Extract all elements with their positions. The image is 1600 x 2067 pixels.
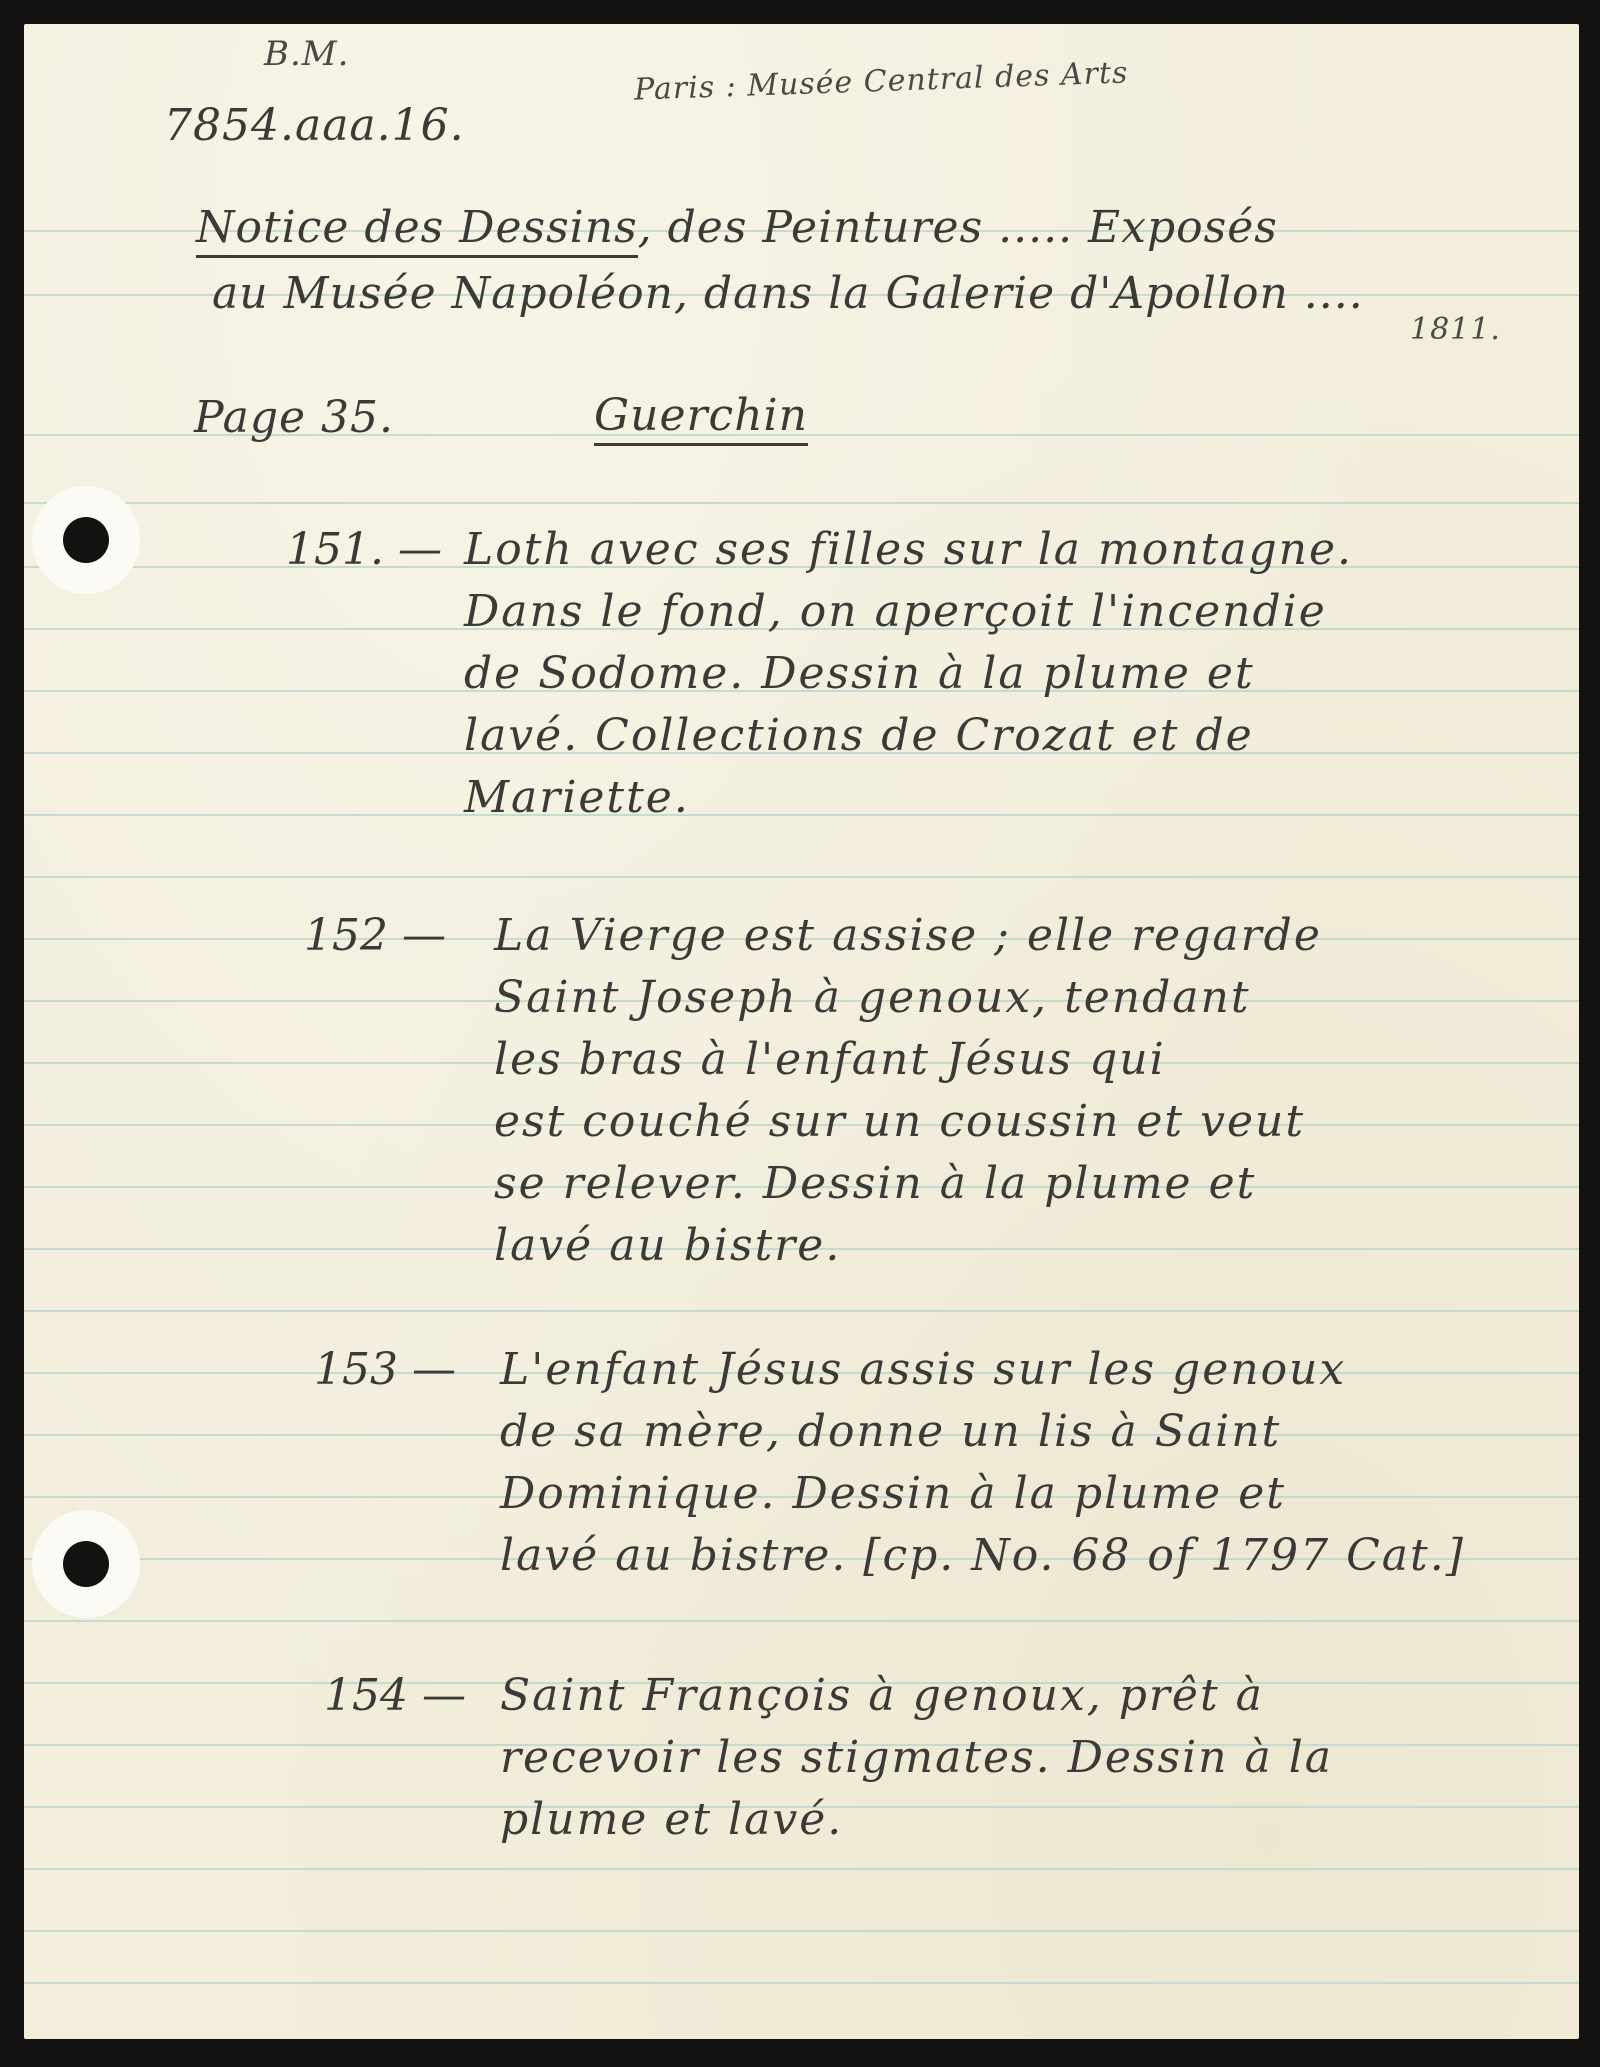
rule-line [24, 876, 1579, 878]
title-line2: au Musée Napoléon, dans la Galerie d'Apo… [212, 268, 1364, 319]
imprint: Paris : Musée Central des Arts [634, 55, 1129, 107]
punch-hole-top [32, 486, 140, 594]
shelfmark-line2: 7854.aaa.16. [164, 100, 465, 151]
entry-line: plume et lavé. [500, 1794, 843, 1845]
rule-line [24, 1310, 1579, 1312]
punch-hole-icon [63, 1541, 109, 1587]
entry-line: lavé. Collections de Crozat et de [464, 710, 1254, 761]
entry-line: Dans le fond, on aperçoit l'incendie [464, 586, 1327, 637]
entry-line: lavé au bistre. [cp. No. 68 of 1797 Cat.… [500, 1530, 1465, 1581]
title-year: 1811. [1410, 312, 1501, 347]
title-underlined: Notice des Dessins [196, 202, 638, 258]
entry-line: de sa mère, donne un lis à Saint [500, 1406, 1281, 1457]
entry-line: se relever. Dessin à la plume et [494, 1158, 1256, 1209]
rule-line [24, 1620, 1579, 1622]
punch-hole-icon [63, 517, 109, 563]
rule-line [24, 1930, 1579, 1932]
entry-line: recevoir les stigmates. Dessin à la [500, 1732, 1333, 1783]
entry-number: 153 — [314, 1344, 456, 1395]
shelfmark-line1: B.M. [264, 34, 349, 74]
entry-line: Loth avec ses filles sur la montagne. [464, 524, 1353, 575]
entry-line: La Vierge est assise ; elle regarde [494, 910, 1322, 961]
title-line1: Notice des Dessins, des Peintures ..... … [196, 202, 1278, 253]
rule-line [24, 502, 1579, 504]
entry-line: Saint Joseph à genoux, tendant [494, 972, 1251, 1023]
title-line1-rest: , des Peintures ..... Exposés [638, 202, 1278, 253]
entry-number: 152 — [304, 910, 446, 961]
entry-line: les bras à l'enfant Jésus qui [494, 1034, 1166, 1085]
rule-line [24, 814, 1579, 816]
punch-hole-bottom [32, 1510, 140, 1618]
entry-line: Mariette. [464, 772, 690, 823]
entry-line: L'enfant Jésus assis sur les genoux [500, 1344, 1346, 1395]
entry-line: lavé au bistre. [494, 1220, 841, 1271]
rule-line [24, 1982, 1579, 1984]
entry-line: est couché sur un coussin et veut [494, 1096, 1305, 1147]
artist-heading: Guerchin [594, 390, 808, 441]
artist-name: Guerchin [594, 390, 808, 446]
rule-line [24, 1868, 1579, 1870]
entry-line: de Sodome. Dessin à la plume et [464, 648, 1255, 699]
manuscript-page: B.M. 7854.aaa.16. Paris : Musée Central … [24, 24, 1579, 2039]
entry-line: Dominique. Dessin à la plume et [500, 1468, 1286, 1519]
entry-line: Saint François à genoux, prêt à [500, 1670, 1264, 1721]
entry-number: 154 — [324, 1670, 466, 1721]
entry-number: 151. — [286, 524, 442, 575]
page-reference: Page 35. [194, 392, 394, 443]
